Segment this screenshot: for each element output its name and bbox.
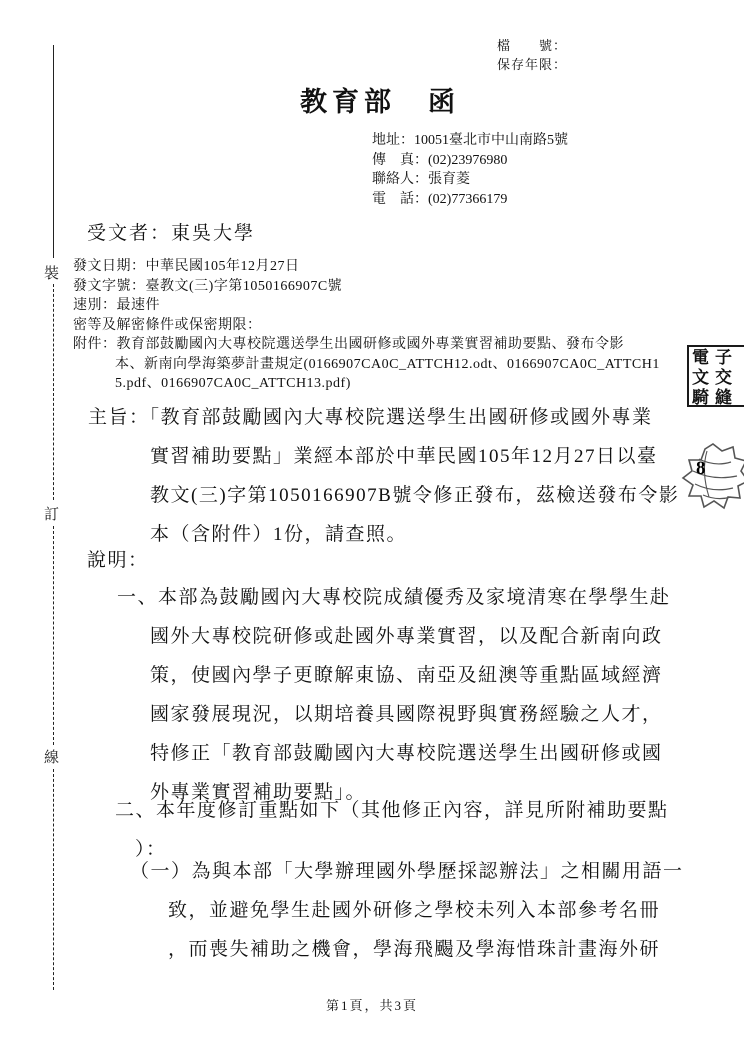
file-number-block: 檔 號： 保存年限： <box>497 36 567 74</box>
sender-contact-block: 地址：10051臺北市中山南路5號 傳 真：(02)23976980 聯絡人：張… <box>372 131 568 209</box>
issue-date: 發文日期：中華民國105年12月27日 <box>73 257 660 277</box>
electronic-exchange-stamp: 電子 文交 騎縫 <box>687 345 744 407</box>
binding-line-middle-dashed <box>53 526 54 745</box>
retention-period-label: 保存年限： <box>497 55 567 74</box>
sender-address: 地址：10051臺北市中山南路5號 <box>372 131 568 151</box>
flower-seal-icon <box>677 441 744 511</box>
explanation-item-1: 一、本部為鼓勵國內大專校院成績優秀及家境清寒在學學生赴 國外大專校院研修或赴國外… <box>117 578 671 812</box>
subject-paragraph: 主旨：「教育部鼓勵國內大專校院選送學生出國研修或國外專業 實習補助要點」業經本部… <box>88 398 679 554</box>
binding-line-upper-dashed <box>53 284 54 500</box>
file-number-label: 檔 號： <box>497 36 567 55</box>
explanation-label: 說明： <box>87 541 149 580</box>
document-title: 教育部 函 <box>300 80 460 119</box>
page-footer: 第1頁，共3頁 <box>0 995 744 1014</box>
official-letter-page: 裝 訂 線 檔 號： 保存年限： 教育部 函 地址：10051臺北市中山南路5號… <box>0 0 744 1053</box>
estamp-row-1: 電子 <box>692 348 744 368</box>
explanation-item-2-1: （一）為與本部「大學辦理國外學歷採認辦法」之相關用語一 致，並避免學生赴國外研修… <box>130 852 684 969</box>
binding-line-lower-dashed <box>53 769 54 990</box>
binding-mark-zhuang: 裝 <box>44 262 59 283</box>
sender-fax: 傳 真：(02)23976980 <box>372 151 568 171</box>
security-class: 密等及解密條件或保密期限： <box>73 316 660 336</box>
binding-mark-ding: 訂 <box>44 503 59 524</box>
seal-page-number: 8 <box>696 458 706 480</box>
recipient-line: 受文者：東吳大學 <box>87 218 255 245</box>
sender-contact-person: 聯絡人：張育菱 <box>372 170 568 190</box>
flower-seal-svg <box>677 441 744 511</box>
attachment-list: 附件：教育部鼓勵國內大專校院選送學生出國研修或國外專業實習補助要點、發布令影 本… <box>73 335 660 394</box>
issue-number: 發文字號：臺教文(三)字第1050166907C號 <box>73 277 660 297</box>
sender-phone: 電 話：(02)77366179 <box>372 190 568 210</box>
estamp-row-3: 騎縫 <box>692 388 744 408</box>
binding-line-top <box>53 45 54 258</box>
speed-class: 速別：最速件 <box>73 296 660 316</box>
binding-mark-xian: 線 <box>44 746 59 767</box>
estamp-row-2: 文交 <box>692 368 744 388</box>
document-meta-block: 發文日期：中華民國105年12月27日 發文字號：臺教文(三)字第1050166… <box>73 257 660 394</box>
